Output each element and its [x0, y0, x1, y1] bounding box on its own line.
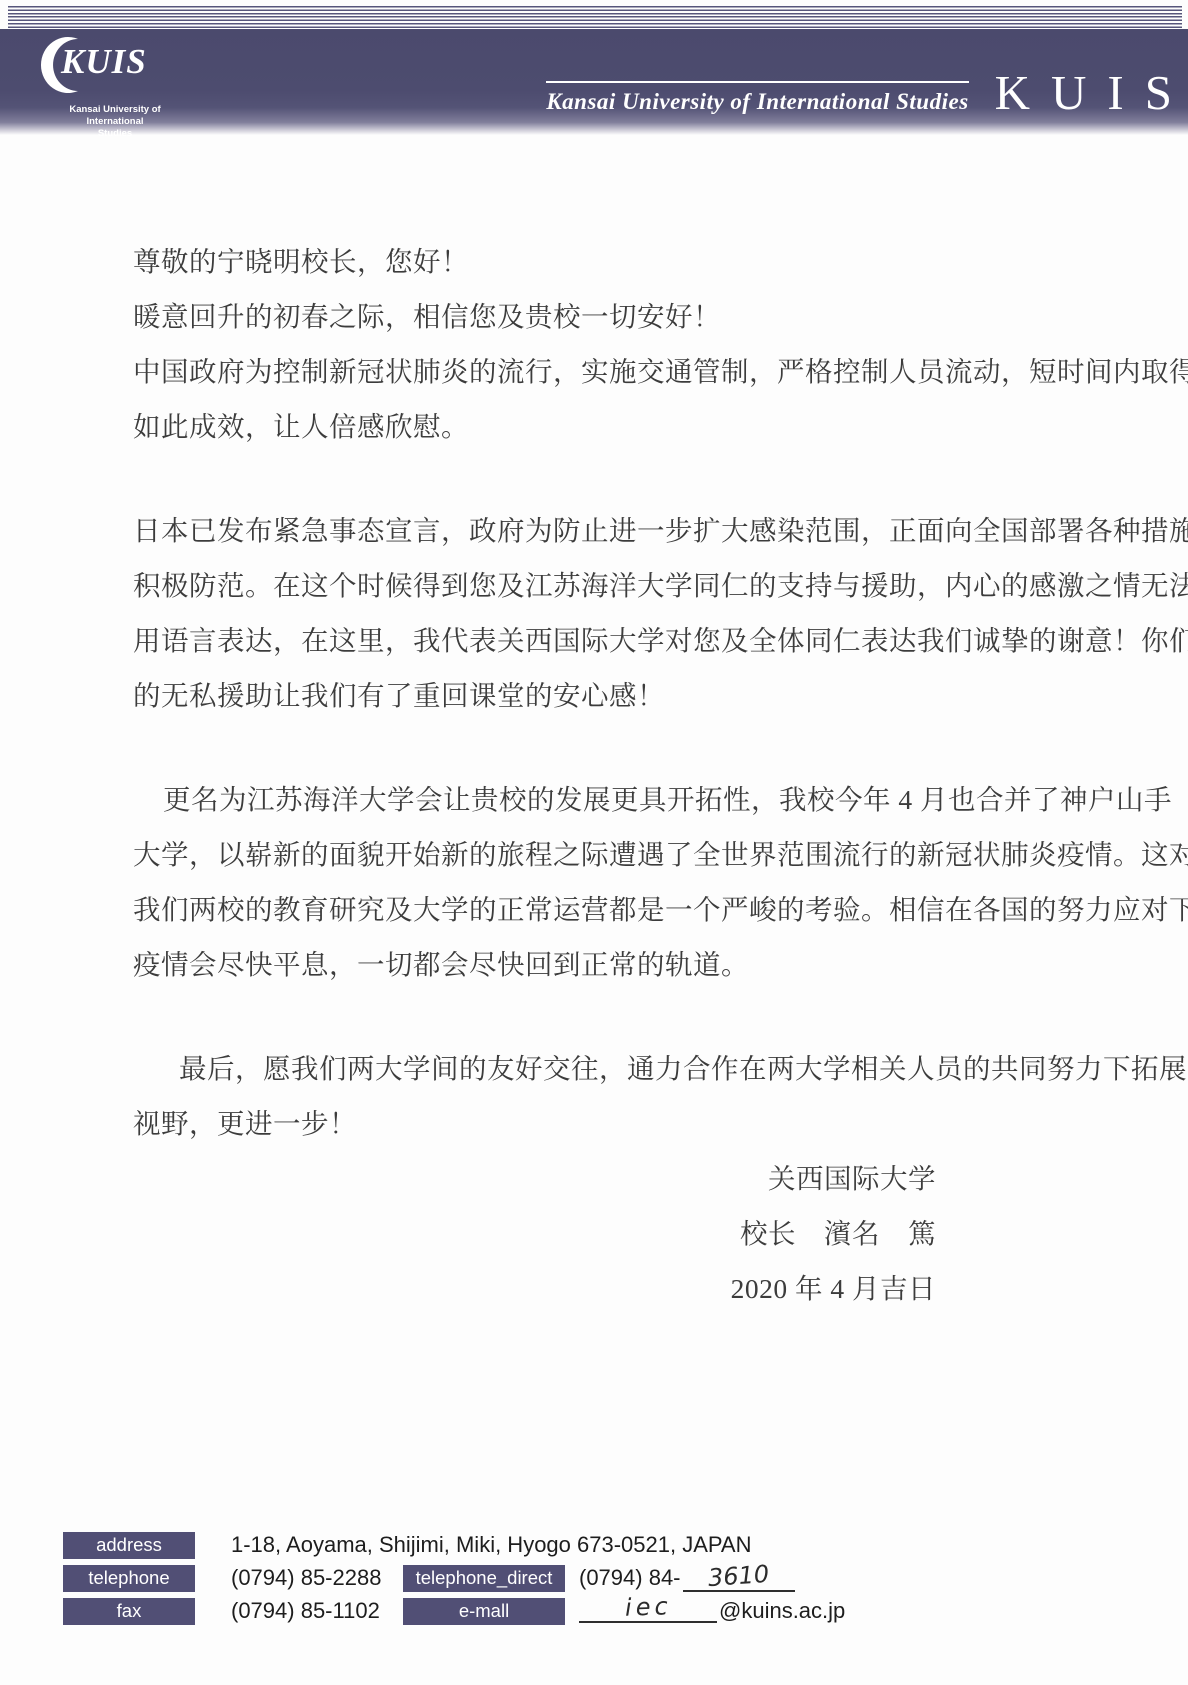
- address-row: address 1-18, Aoyama, Shijimi, Miki, Hyo…: [63, 1530, 1143, 1560]
- handwritten-extension: 3610: [707, 1561, 770, 1592]
- logo-name-line1: Kansai University of: [40, 104, 190, 116]
- letter-line: 用语言表达，在这里，我代表关西国际大学对您及全体同仁表达我们诚挚的谢意！你们: [133, 613, 1048, 668]
- signature-organization: 关西国际大学: [133, 1151, 1048, 1206]
- letter-line: 尊敬的宁晓明校长，您好！: [133, 234, 1048, 289]
- kuis-logo-mark: KUIS: [40, 36, 200, 96]
- signature-block: 关西国际大学 校长 濱名 篤 2020 年 4 月吉日: [133, 1151, 1048, 1316]
- logo-acronym: KUIS: [61, 42, 147, 82]
- address-value: 1-18, Aoyama, Shijimi, Miki, Hyogo 673-0…: [231, 1532, 752, 1558]
- kuis-logo: KUIS Kansai University of International …: [40, 36, 200, 140]
- email-handwritten-line: iec: [579, 1592, 717, 1623]
- paragraph-3: 更名为江苏海洋大学会让贵校的发展更具开拓性，我校今年 4 月也合并了神户山手 大…: [133, 772, 1048, 992]
- telephone-direct-label-badge: telephone_direct: [403, 1565, 565, 1592]
- scanned-letter-page: KUIS Kansai University of International …: [0, 0, 1188, 1685]
- fax-email-row: fax (0794) 85-1102 e-mall iec @kuins.ac.…: [63, 1596, 1143, 1626]
- email-label-badge: e-mall: [403, 1598, 565, 1625]
- email-domain: @kuins.ac.jp: [719, 1598, 845, 1624]
- letter-line: 最后，愿我们两大学间的友好交往，通力合作在两大学相关人员的共同努力下拓展: [133, 1041, 1048, 1096]
- letter-body: 尊敬的宁晓明校长，您好！ 暖意回升的初春之际，相信您及贵校一切安好！ 中国政府为…: [133, 234, 1048, 1316]
- fax-value: (0794) 85-1102: [231, 1598, 403, 1624]
- signature-president-name: 校长 濱名 篤: [133, 1206, 1048, 1261]
- address-label-badge: address: [63, 1532, 195, 1559]
- paragraph-4: 最后，愿我们两大学间的友好交往，通力合作在两大学相关人员的共同努力下拓展 视野，…: [133, 1041, 1048, 1151]
- header-band: KUIS Kansai University of International …: [0, 29, 1188, 135]
- letter-line: 中国政府为控制新冠状肺炎的流行，实施交通管制，严格控制人员流动，短时间内取得: [133, 344, 1048, 399]
- letter-line: 疫情会尽快平息，一切都会尽快回到正常的轨道。: [133, 937, 1048, 992]
- telephone-row: telephone (0794) 85-2288 telephone_direc…: [63, 1563, 1143, 1593]
- fax-label-badge: fax: [63, 1598, 195, 1625]
- header-right: Kansai University of International Studi…: [546, 71, 1172, 115]
- letter-line: 我们两校的教育研究及大学的正常运营都是一个严峻的考验。相信在各国的努力应对下: [133, 882, 1048, 937]
- letter-line: 积极防范。在这个时候得到您及江苏海洋大学同仁的支持与援助，内心的感激之情无法: [133, 558, 1048, 613]
- handwritten-email-local-part: iec: [624, 1593, 672, 1621]
- letter-line: 更名为江苏海洋大学会让贵校的发展更具开拓性，我校今年 4 月也合并了神户山手: [133, 772, 1048, 827]
- letter-line: 视野，更进一步！: [133, 1096, 1048, 1151]
- letter-line: 大学，以崭新的面貌开始新的旅程之际遭遇了全世界范围流行的新冠状肺炎疫情。这对: [133, 827, 1048, 882]
- logo-university-name: Kansai University of International Studi…: [40, 104, 190, 140]
- telephone-direct-handwritten-line: 3610: [683, 1561, 795, 1592]
- university-name-text: Kansai University of International Studi…: [546, 81, 968, 115]
- letter-line: 的无私援助让我们有了重回课堂的安心感！: [133, 668, 1048, 723]
- letter-line: 日本已发布紧急事态宣言，政府为防止进一步扩大感染范围，正面向全国部署各种措施: [133, 503, 1048, 558]
- logo-name-line2: International: [40, 116, 190, 128]
- letter-line: 暖意回升的初春之际，相信您及贵校一切安好！: [133, 289, 1048, 344]
- contact-footer: address 1-18, Aoyama, Shijimi, Miki, Hyo…: [63, 1530, 1143, 1629]
- header-stripes-decoration: [8, 6, 1182, 29]
- logo-name-line3: Studies: [40, 128, 190, 140]
- paragraph-2: 日本已发布紧急事态宣言，政府为防止进一步扩大感染范围，正面向全国部署各种措施 积…: [133, 503, 1048, 723]
- paragraph-1: 尊敬的宁晓明校长，您好！ 暖意回升的初春之际，相信您及贵校一切安好！ 中国政府为…: [133, 234, 1048, 454]
- telephone-direct-value: (0794) 84-: [579, 1565, 681, 1591]
- letter-line: 如此成效，让人倍感欣慰。: [133, 399, 1048, 454]
- kuis-large-acronym: KUIS: [995, 71, 1188, 115]
- signature-date: 2020 年 4 月吉日: [133, 1261, 1048, 1316]
- telephone-value: (0794) 85-2288: [231, 1565, 403, 1591]
- telephone-label-badge: telephone: [63, 1565, 195, 1592]
